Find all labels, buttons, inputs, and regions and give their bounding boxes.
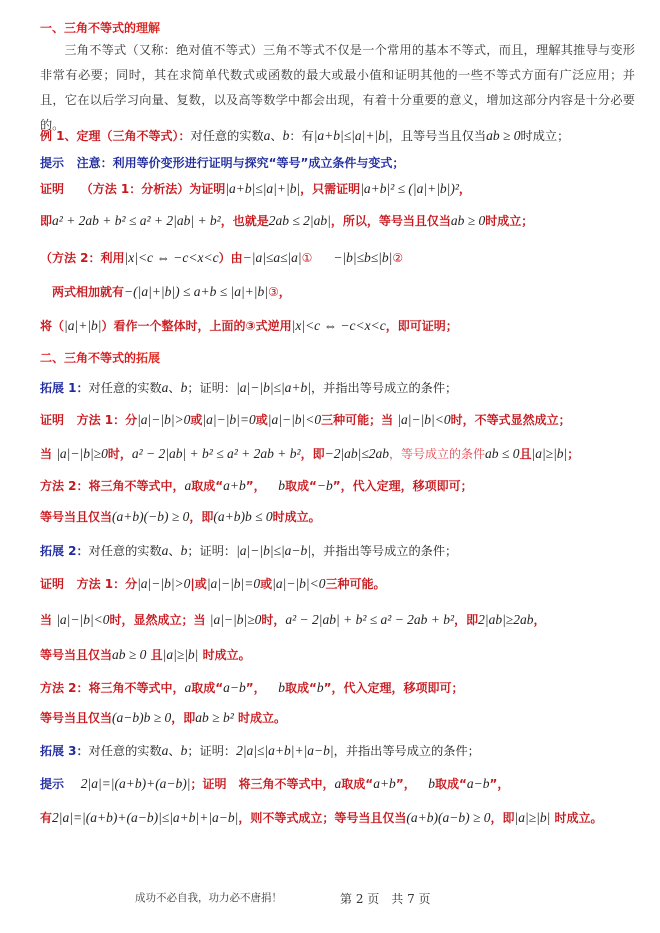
proof-method-2-line-3: 将（|a|+|b|）看作一个整体时，上面的③式逆用|x|<c ⇔ −c<x<c，… [40, 318, 458, 334]
extension-2-proof-method-1: 证明 方法 1：分|a|−|b|>0|或|a|−|b|=0或|a|−|b|<0三… [40, 576, 386, 592]
proof-method-2: （方法 2：利用|x|<c ⇔ −c<x<c）由−|a|≤a≤|a|① −|b|… [40, 250, 403, 266]
hint-1: 提示 注意：利用等价变形进行证明与探究“等号”成立条件与变式； [40, 155, 404, 171]
extension-1-proof-method-1: 证明 方法 1：分|a|−|b|>0或|a|−|b|=0或|a|−|b|<0三种… [40, 412, 571, 428]
proof-method-1-line-2: 即a² + 2ab + b² ≤ a² + 2|ab| + b²，也就是2ab … [40, 213, 533, 229]
section-1-title: 一、三角不等式的理解 [40, 20, 160, 36]
extension-1-statement: 拓展 1：对任意的实数a、b；证明：|a|−|b|≤|a+b|，并指出等号成立的… [40, 380, 457, 396]
proof-method-1: 证明 （方法 1：分析法）为证明|a+b|≤|a|+|b|，只需证明|a+b|²… [40, 181, 471, 197]
footer-motto: 成功不必自我，功力必不唐捐！ [135, 890, 282, 905]
footer-page-number: 第 2 页 共 7 页 [340, 890, 431, 907]
extension-2-method-2: 方法 2：将三角不等式中，a取成“a−b”， b取成“b”，代入定理，移项即可； [40, 680, 464, 696]
proof-method-2-line-2: 两式相加就有−(|a|+|b|) ≤ a+b ≤ |a|+|b|③， [52, 284, 291, 300]
extension-1-method-2: 方法 2：将三角不等式中，a取成“a+b”， b取成“−b”，代入定理，移项即可… [40, 478, 473, 494]
example-1-theorem: 例 1、定理（三角不等式）：对任意的实数a、b：有|a+b|≤|a|+|b|，且… [40, 128, 569, 144]
extension-3-hint: 提示 2|a|=|(a+b)+(a−b)|；证明 将三角不等式中，a取成“a+b… [40, 776, 509, 792]
intro-paragraph: 三角不等式（又称：绝对值不等式）三角不等式不仅是一个常用的基本不等式，而且，理解… [40, 38, 635, 138]
extension-3-conclusion: 有2|a|=|(a+b)+(a−b)|≤|a+b|+|a−b|，则不等式成立；等… [40, 810, 603, 826]
extension-1-equality-condition: 等号当且仅当(a+b)(−b) ≥ 0，即(a+b)b ≤ 0时成立。 [40, 509, 321, 525]
extension-2-statement: 拓展 2：对任意的实数a、b；证明：|a|−|b|≤|a−b|，并指出等号成立的… [40, 543, 457, 559]
document-page: 一、三角不等式的理解 三角不等式（又称：绝对值不等式）三角不等式不仅是一个常用的… [0, 0, 660, 933]
extension-2-equality-condition-2: 等号当且仅当(a−b)b ≥ 0，即ab ≥ b² 时成立。 [40, 710, 286, 726]
extension-1-proof-line-2: 当 |a|−|b|≥0时，a² − 2|ab| + b² ≤ a² + 2ab … [40, 446, 579, 462]
extension-2-equality-condition-1: 等号当且仅当ab ≥ 0 且|a|≥|b| 时成立。 [40, 647, 251, 663]
extension-2-proof-line-2: 当 |a|−|b|<0时，显然成立；当 |a|−|b|≥0时，a² − 2|ab… [40, 612, 545, 628]
section-2-title: 二、三角不等式的拓展 [40, 350, 160, 366]
extension-3-statement: 拓展 3：对任意的实数a、b；证明：2|a|≤|a+b|+|a−b|，并指出等号… [40, 743, 480, 759]
